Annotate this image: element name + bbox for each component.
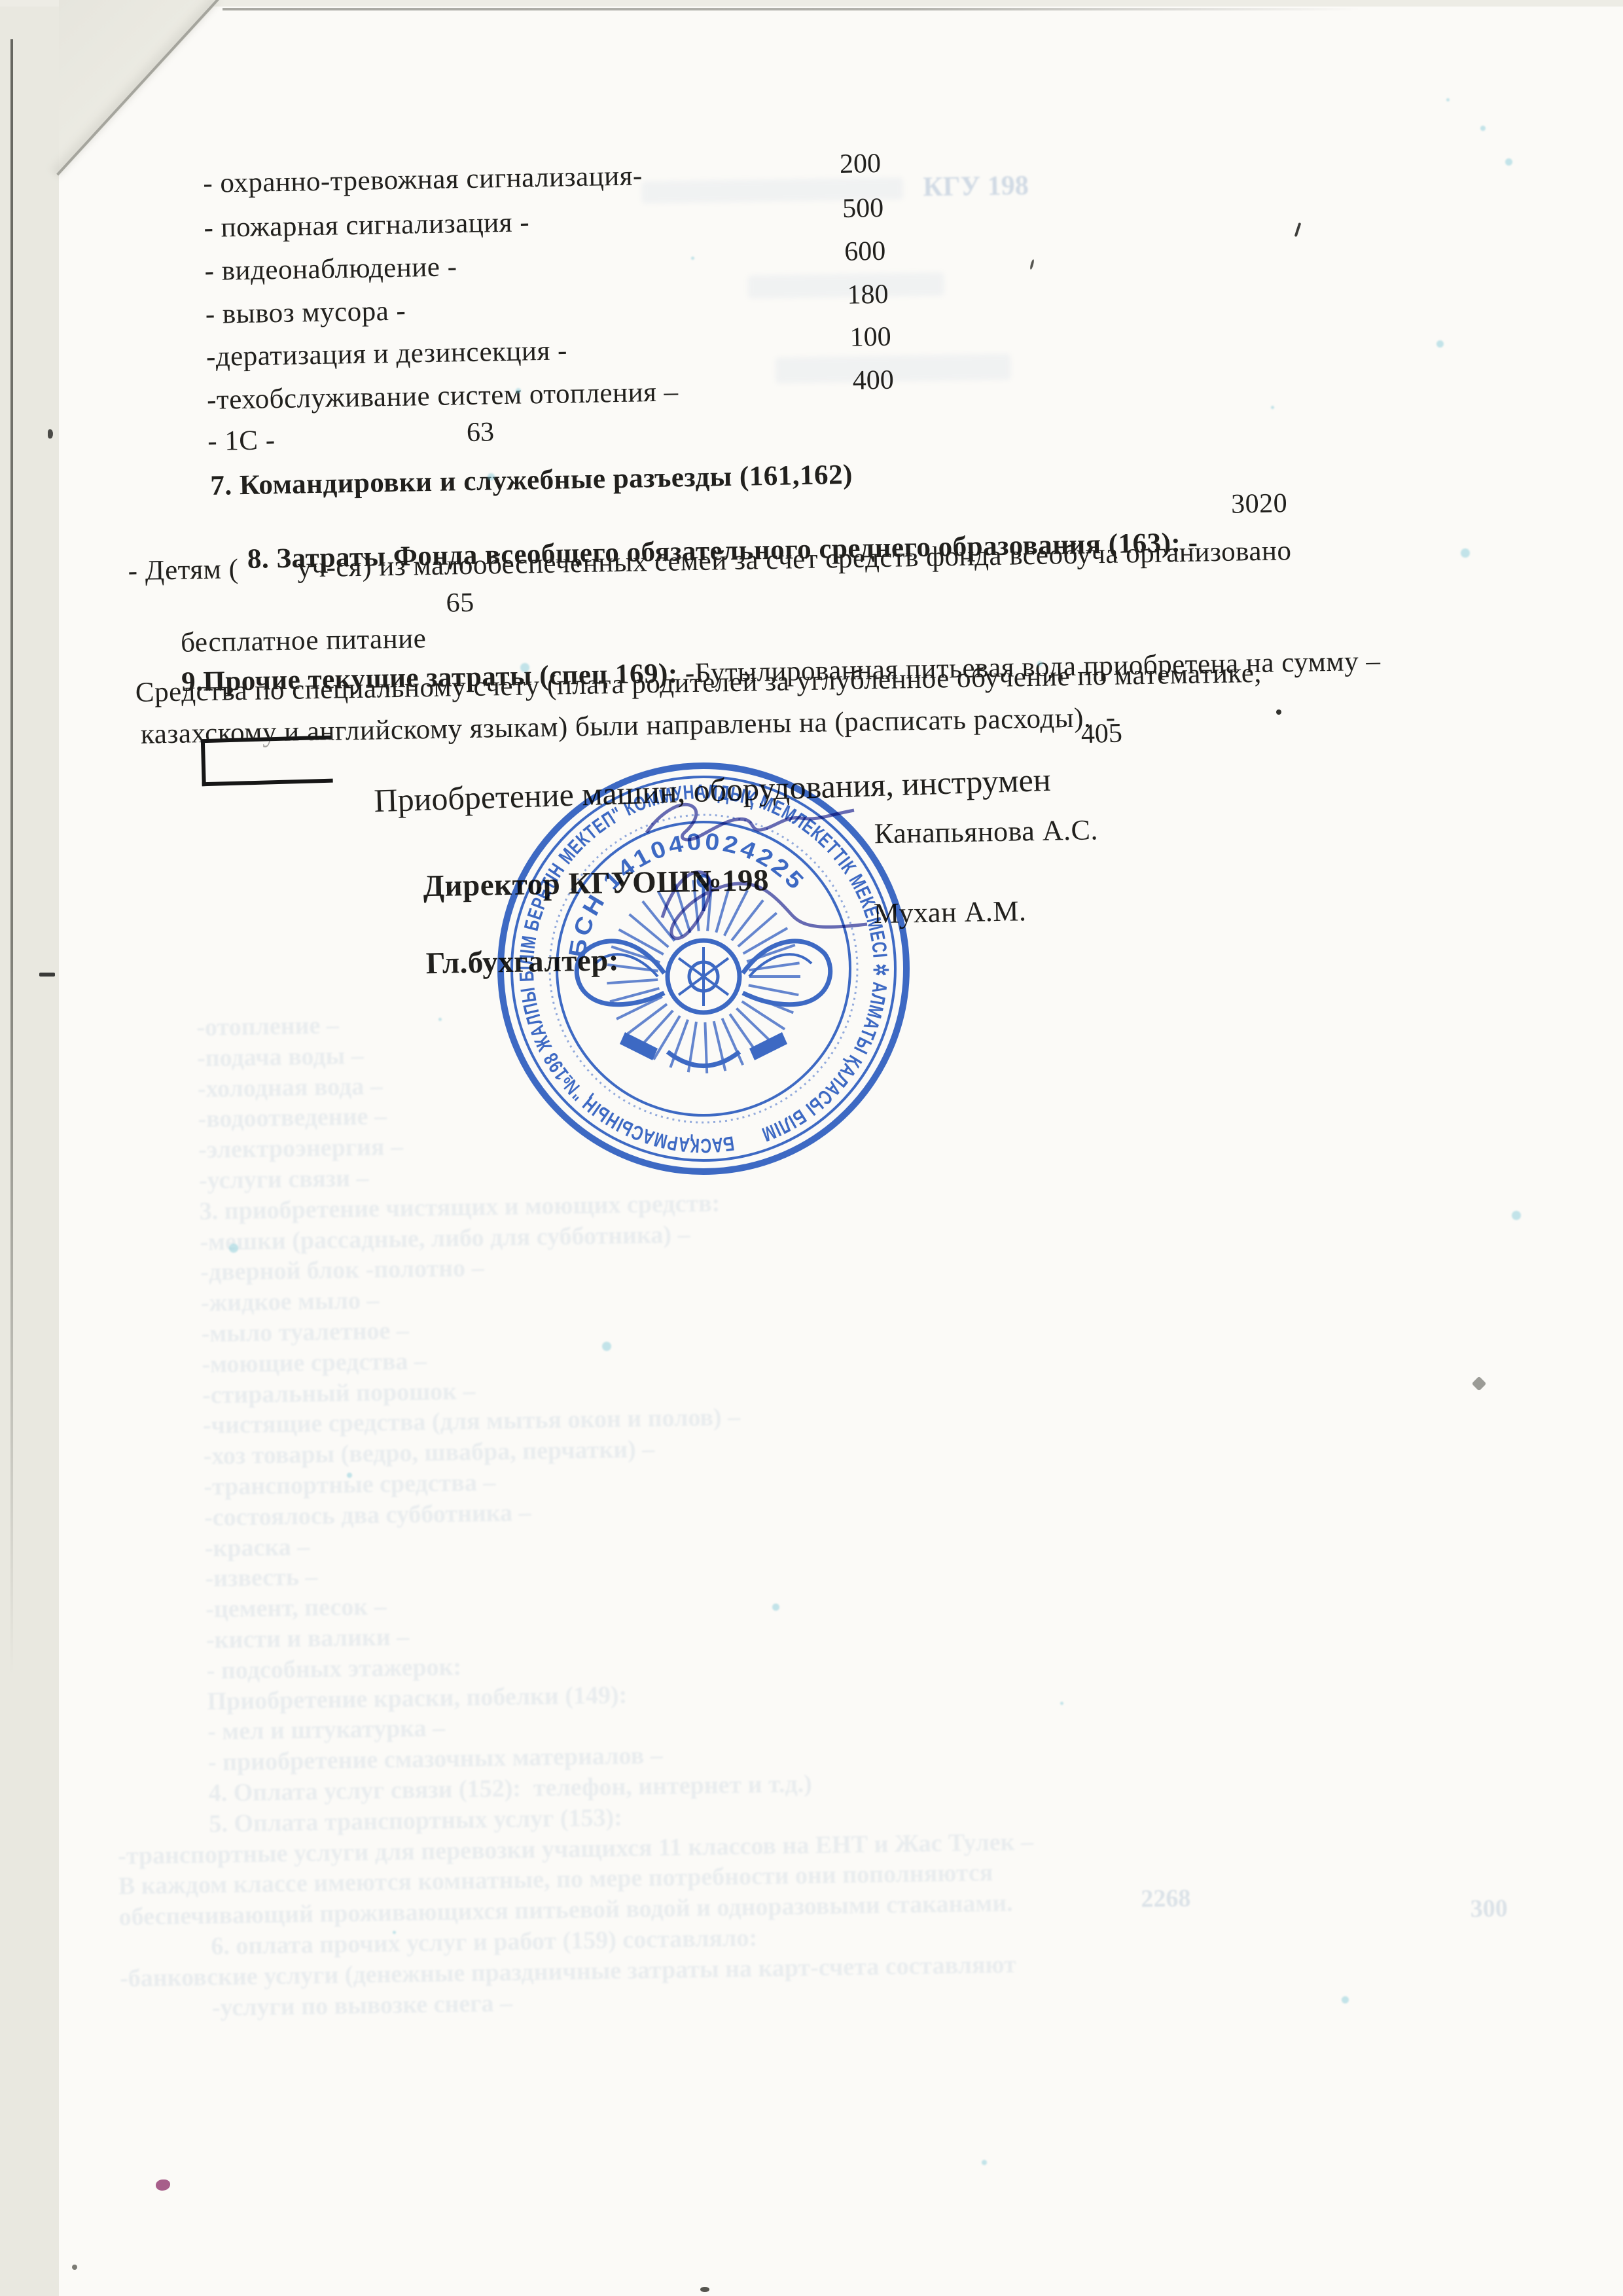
- ink-speck: [72, 2265, 77, 2270]
- cyan-speck: [438, 1018, 442, 1021]
- cyan-speck: [1060, 1702, 1063, 1705]
- cyan-speck: [393, 1931, 396, 1934]
- cyan-speck: [1037, 661, 1043, 666]
- cyan-speck: [1480, 126, 1486, 131]
- cyan-speck: [1436, 340, 1444, 348]
- cyan-speck: [1512, 1211, 1521, 1220]
- cyan-speck: [1342, 1996, 1349, 2003]
- scanned-document-page: КГУ 198 -отопление –-подача воды –-холод…: [0, 0, 1623, 2296]
- accountant-signature: [662, 872, 867, 938]
- cyan-speck: [982, 2160, 987, 2165]
- ink-speck: [48, 429, 53, 439]
- cyan-speck: [520, 663, 529, 672]
- signatures-layer: [0, 0, 1623, 2296]
- cyan-speck: [347, 1473, 352, 1478]
- cyan-speck: [488, 473, 495, 480]
- cyan-speck: [1505, 158, 1512, 166]
- cyan-speck: [1461, 548, 1470, 558]
- ink-speck: [39, 973, 55, 977]
- cyan-speck: [772, 1604, 779, 1611]
- cyan-speck: [602, 1342, 611, 1351]
- cyan-speck: [1446, 98, 1450, 101]
- cyan-speck: [516, 388, 521, 393]
- director-signature: [647, 804, 854, 840]
- cyan-speck: [229, 1244, 238, 1253]
- cyan-speck: [691, 257, 694, 260]
- ink-dot: [1276, 709, 1281, 715]
- ink-speck: [700, 2287, 709, 2292]
- cyan-speck: [1271, 406, 1274, 409]
